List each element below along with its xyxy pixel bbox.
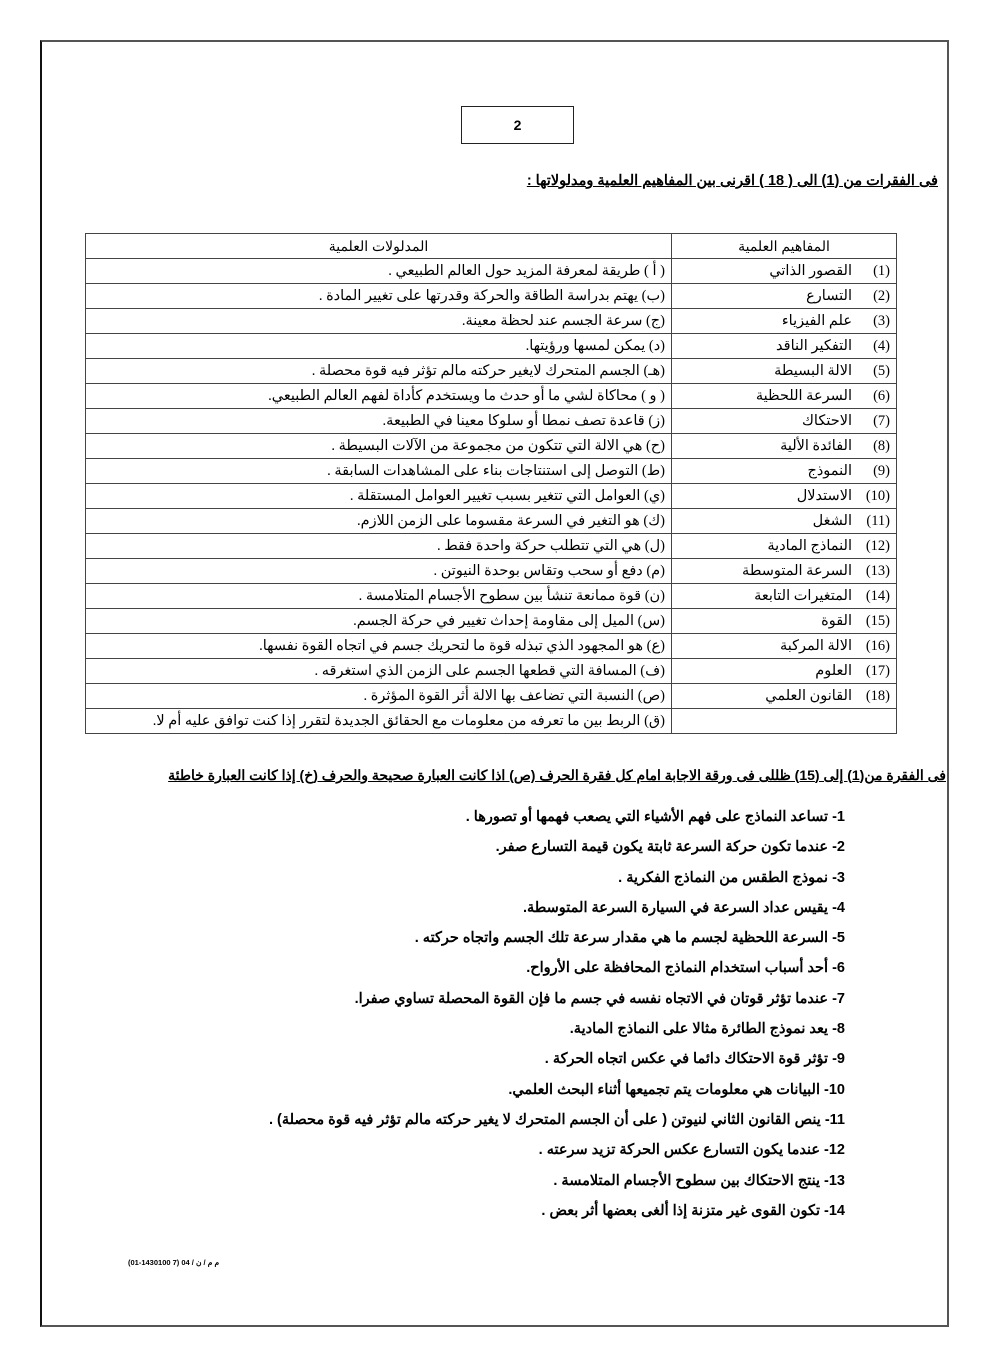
concept-number: (3) bbox=[860, 309, 890, 333]
meaning-cell: (ج) سرعة الجسم عند لحظة معينة. bbox=[86, 309, 672, 334]
statement-item: 6- أحد أسباب استخدام النماذج المحافظة عل… bbox=[269, 953, 845, 983]
concept-label: الفائدة الألية bbox=[780, 438, 852, 454]
table-row: (1)القصور الذاتي( أ ) طريقة لمعرفة المزي… bbox=[86, 259, 897, 284]
meaning-cell: ( أ ) طريقة لمعرفة المزيد حول العالم الط… bbox=[86, 259, 672, 284]
true-false-list: 1- تساعد النماذج على فهم الأشياء التي يص… bbox=[269, 802, 845, 1226]
concept-number: (4) bbox=[860, 334, 890, 358]
concept-cell: (10)الاستدلال bbox=[672, 484, 897, 509]
statement-item: 5- السرعة اللحظية لجسم ما هي مقدار سرعة … bbox=[269, 923, 845, 953]
meaning-cell: (ح) هي الالة التي تتكون من مجموعة من الآ… bbox=[86, 434, 672, 459]
concept-number: (8) bbox=[860, 434, 890, 458]
concept-cell: (6)السرعة اللحظية bbox=[672, 384, 897, 409]
statement-item: 3- نموذج الطقس من النماذج الفكرية . bbox=[269, 863, 845, 893]
section2-instruction: فى الفقرة من(1) إلى (15) ظللى فى ورقة ال… bbox=[168, 767, 946, 784]
concept-cell: (1)القصور الذاتي bbox=[672, 259, 897, 284]
table-row: (14)المتغيرات التابعة(ن) قوة ممانعة تنشأ… bbox=[86, 584, 897, 609]
concept-cell: (5)الالة البسيطة bbox=[672, 359, 897, 384]
table-row: (6)السرعة اللحظية( و ) محاكاة لشي ما أو … bbox=[86, 384, 897, 409]
statement-item: 8- يعد نموذج الطائرة مثالا على النماذج ا… bbox=[269, 1014, 845, 1044]
meaning-cell: ( و ) محاكاة لشي ما أو حدث ما ويستخدم كأ… bbox=[86, 384, 672, 409]
concept-cell: (14)المتغيرات التابعة bbox=[672, 584, 897, 609]
concept-number: (14) bbox=[860, 584, 890, 608]
header-concepts: المفاهيم العلمية bbox=[672, 234, 897, 259]
statement-item: 10- البيانات هي معلومات يتم تجميعها أثنا… bbox=[269, 1075, 845, 1105]
meaning-cell: (ب) يهتم بدراسة الطاقة والحركة وقدرتها ع… bbox=[86, 284, 672, 309]
table-row: (5)الالة البسيطة(هـ) الجسم المتحرك لايغي… bbox=[86, 359, 897, 384]
concept-label: الاستدلال bbox=[797, 488, 852, 504]
concept-number: (15) bbox=[860, 609, 890, 633]
table-row: (12)النماذج المادية(ل) هي التي تتطلب حرك… bbox=[86, 534, 897, 559]
meaning-cell: (م) دفع أو سحب وتقاس بوحدة النيوتن . bbox=[86, 559, 672, 584]
table-row: (10)الاستدلال(ي) العوامل التي تتغير بسبب… bbox=[86, 484, 897, 509]
concept-label: النماذج المادية bbox=[767, 538, 852, 554]
statement-item: 12- عندما يكون التسارع عكس الحركة تزيد س… bbox=[269, 1135, 845, 1165]
table-row: (16)الالة المركبة(ع) هو المجهود الذي تبذ… bbox=[86, 634, 897, 659]
concept-number: (11) bbox=[860, 509, 890, 533]
table-row: (15)القوة(س) الميل إلى مقاومة إحداث تغيي… bbox=[86, 609, 897, 634]
meaning-cell: (ط) التوصل إلى استنتاجات بناء على المشاه… bbox=[86, 459, 672, 484]
concept-number: (6) bbox=[860, 384, 890, 408]
concept-number: (10) bbox=[860, 484, 890, 508]
meaning-cell: (ل) هي التي تتطلب حركة واحدة فقط . bbox=[86, 534, 672, 559]
table-row: (3)علم الفيزياء(ج) سرعة الجسم عند لحظة م… bbox=[86, 309, 897, 334]
concept-label: النموذج bbox=[807, 463, 852, 479]
concept-label: السرعة اللحظية bbox=[756, 388, 852, 404]
statement-item: 7- عندما تؤثر قوتان في الاتجاه نفسه في ج… bbox=[269, 984, 845, 1014]
concept-cell: (16)الالة المركبة bbox=[672, 634, 897, 659]
concept-label: المتغيرات التابعة bbox=[754, 588, 852, 604]
concept-number: (9) bbox=[860, 459, 890, 483]
table-row: (7)الاحتكاك(ز) قاعدة تصف نمطا أو سلوكا م… bbox=[86, 409, 897, 434]
concept-number: (12) bbox=[860, 534, 890, 558]
concept-number: (13) bbox=[860, 559, 890, 583]
table-row: (8)الفائدة الألية(ح) هي الالة التي تتكون… bbox=[86, 434, 897, 459]
statement-item: 9- تؤثر قوة الاحتكاك دائما في عكس اتجاه … bbox=[269, 1044, 845, 1074]
concept-cell: (12)النماذج المادية bbox=[672, 534, 897, 559]
meaning-cell: (ن) قوة ممانعة تنشأ بين سطوح الأجسام الم… bbox=[86, 584, 672, 609]
meaning-cell: (هـ) الجسم المتحرك لايغير حركته مالم تؤث… bbox=[86, 359, 672, 384]
concept-number: (17) bbox=[860, 659, 890, 683]
meaning-cell: (ع) هو المجهود الذي تبذله قوة ما لتحريك … bbox=[86, 634, 672, 659]
concept-number: (16) bbox=[860, 634, 890, 658]
concept-cell: (11)الشغل bbox=[672, 509, 897, 534]
concept-cell: (9)النموذج bbox=[672, 459, 897, 484]
matching-table: المفاهيم العلمية المدلولات العلمية (1)ال… bbox=[85, 233, 897, 734]
concept-cell: (18)القانون العلمي bbox=[672, 684, 897, 709]
statement-item: 2- عندما تكون حركة السرعة ثابتة يكون قيم… bbox=[269, 832, 845, 862]
concept-number: (18) bbox=[860, 684, 890, 708]
meaning-cell: (ق) الربط بين ما تعرفه من معلومات مع الح… bbox=[86, 709, 672, 734]
concept-cell bbox=[672, 709, 897, 734]
concept-label: الالة المركبة bbox=[780, 638, 852, 654]
meaning-cell: (ص) النسبة التي تضاعف بها الالة أثر القو… bbox=[86, 684, 672, 709]
concept-label: الشغل bbox=[813, 513, 852, 529]
meaning-cell: (ز) قاعدة تصف نمطا أو سلوكا معينا في الط… bbox=[86, 409, 672, 434]
concept-cell: (15)القوة bbox=[672, 609, 897, 634]
concept-number: (2) bbox=[860, 284, 890, 308]
table-row: (2)التسارع(ب) يهتم بدراسة الطاقة والحركة… bbox=[86, 284, 897, 309]
table-row: (9)النموذج(ط) التوصل إلى استنتاجات بناء … bbox=[86, 459, 897, 484]
section1-instruction: فى الفقرات من (1) الى ( 18 ) اقرنى بين ا… bbox=[527, 173, 938, 189]
concept-label: القصور الذاتي bbox=[769, 263, 852, 279]
meaning-cell: (د) يمكن لمسها ورؤيتها. bbox=[86, 334, 672, 359]
concept-label: السرعة المتوسطة bbox=[742, 563, 852, 579]
concept-number: (7) bbox=[860, 409, 890, 433]
page-number: 2 bbox=[461, 106, 574, 144]
concept-label: الاحتكاك bbox=[802, 413, 852, 429]
table-row: (13)السرعة المتوسطة(م) دفع أو سحب وتقاس … bbox=[86, 559, 897, 584]
statement-item: 14- تكون القوى غير متزنة إذا ألغى بعضها … bbox=[269, 1196, 845, 1226]
meaning-cell: (ك) هو التغير في السرعة مقسوما على الزمن… bbox=[86, 509, 672, 534]
meaning-cell: (ي) العوامل التي تتغير بسبب تغيير العوام… bbox=[86, 484, 672, 509]
concept-label: العلوم bbox=[815, 663, 852, 679]
table-header-row: المفاهيم العلمية المدلولات العلمية bbox=[86, 234, 897, 259]
concept-cell: (17)العلوم bbox=[672, 659, 897, 684]
concept-cell: (2)التسارع bbox=[672, 284, 897, 309]
concept-label: علم الفيزياء bbox=[782, 313, 852, 329]
concept-label: التسارع bbox=[806, 288, 852, 304]
concept-label: القوة bbox=[821, 613, 852, 629]
statement-item: 4- يقيس عداد السرعة في السيارة السرعة ال… bbox=[269, 893, 845, 923]
concept-cell: (8)الفائدة الألية bbox=[672, 434, 897, 459]
meaning-cell: (ف) المسافة التي قطعها الجسم على الزمن ا… bbox=[86, 659, 672, 684]
table-row: (18)القانون العلمي(ص) النسبة التي تضاعف … bbox=[86, 684, 897, 709]
concept-cell: (7)الاحتكاك bbox=[672, 409, 897, 434]
concept-label: الالة البسيطة bbox=[774, 363, 852, 379]
statement-item: 13- ينتج الاحتكاك بين سطوح الأجسام المتل… bbox=[269, 1166, 845, 1196]
table-row: (ق) الربط بين ما تعرفه من معلومات مع الح… bbox=[86, 709, 897, 734]
header-meanings: المدلولات العلمية bbox=[86, 234, 672, 259]
table-row: (11)الشغل(ك) هو التغير في السرعة مقسوما … bbox=[86, 509, 897, 534]
table-row: (17)العلوم(ف) المسافة التي قطعها الجسم ع… bbox=[86, 659, 897, 684]
concept-cell: (4)التفكير الناقد bbox=[672, 334, 897, 359]
footer-code: (01-1430100 7) 04 / م م / ن bbox=[128, 1258, 219, 1267]
table-row: (4)التفكير الناقد(د) يمكن لمسها ورؤيتها. bbox=[86, 334, 897, 359]
concept-number: (5) bbox=[860, 359, 890, 383]
concept-number: (1) bbox=[860, 259, 890, 283]
statement-item: 11- ينص القانون الثاني لنيوتن ( على أن ا… bbox=[269, 1105, 845, 1135]
concept-cell: (3)علم الفيزياء bbox=[672, 309, 897, 334]
concept-label: القانون العلمي bbox=[765, 688, 852, 704]
concept-cell: (13)السرعة المتوسطة bbox=[672, 559, 897, 584]
statement-item: 1- تساعد النماذج على فهم الأشياء التي يص… bbox=[269, 802, 845, 832]
meaning-cell: (س) الميل إلى مقاومة إحداث تغيير في حركة… bbox=[86, 609, 672, 634]
concept-label: التفكير الناقد bbox=[776, 338, 852, 354]
